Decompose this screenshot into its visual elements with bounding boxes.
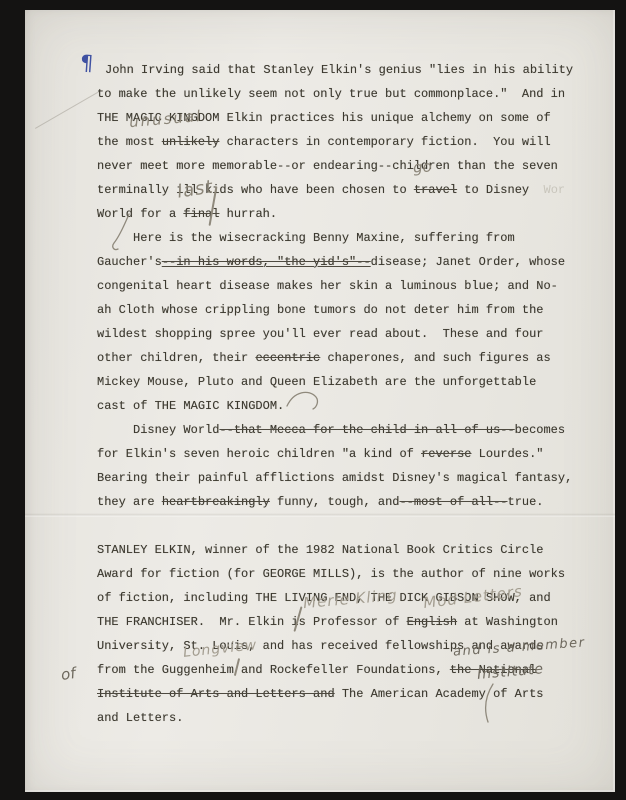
typed-line: World for a final hurrah. <box>97 202 573 226</box>
typed-text-block: John Irving said that Stanley Elkin's ge… <box>97 58 573 730</box>
struck-text: heartbreakingly <box>162 495 270 509</box>
insertion-caret-mark <box>481 682 497 726</box>
typed-text: they are <box>97 495 162 509</box>
typed-line: Gaucher's--in his words, "the yid's"--di… <box>97 250 573 274</box>
typed-line: Institute of Arts and Letters and The Am… <box>97 682 573 706</box>
struck-text: eccentric <box>255 351 320 365</box>
typed-text: Here is the wisecracking Benny Maxine, s… <box>97 231 515 245</box>
typed-text: congenital heart disease makes her skin … <box>97 279 558 293</box>
typed-line: they are heartbreakingly funny, tough, a… <box>97 490 573 514</box>
typed-text: Gaucher's <box>97 255 162 269</box>
typed-line: to make the unlikely seem not only true … <box>97 82 573 106</box>
typed-text: hurrah. <box>219 207 277 221</box>
struck-text: travel <box>414 183 457 197</box>
struck-text: final <box>183 207 219 221</box>
struck-text: English <box>407 615 457 629</box>
struck-text: Institute of Arts and Letters and <box>97 687 335 701</box>
typed-text: to make the unlikely seem not only true … <box>97 87 565 101</box>
typed-text: Bearing their painful afflictions amidst… <box>97 471 572 485</box>
indent-hook-mark <box>109 212 135 254</box>
typed-text: never meet more memorable--or endearing-… <box>97 159 558 173</box>
typed-text: and Letters. <box>97 711 183 725</box>
typed-text: STANLEY ELKIN, winner of the 1982 Nation… <box>97 543 543 557</box>
paragraph-break <box>97 514 573 538</box>
struck-text: --in his words, "the yid's"-- <box>162 255 371 269</box>
typed-text: characters in contemporary fiction. You … <box>219 135 550 149</box>
paragraph-2: Here is the wisecracking Benny Maxine, s… <box>97 226 573 418</box>
typed-text: at Washington <box>457 615 558 629</box>
typed-line: never meet more memorable--or endearing-… <box>97 154 573 178</box>
typed-text: John Irving said that Stanley Elkin's ge… <box>105 63 573 77</box>
typed-text: terminally ill kids who have been chosen… <box>97 183 414 197</box>
typed-text: THE FRANCHISER. Mr. Elkin is Professor o… <box>97 615 407 629</box>
typed-line: cast of THE MAGIC KINGDOM. <box>97 394 573 418</box>
typed-line: THE FRANCHISER. Mr. Elkin is Professor o… <box>97 610 573 634</box>
erased-text: Wor <box>529 183 565 197</box>
typed-line: other children, their eccentric chaperon… <box>97 346 573 370</box>
typed-text: Lourdes." <box>471 447 543 461</box>
typed-text: disease; Janet Order, whose <box>371 255 565 269</box>
typed-line: Here is the wisecracking Benny Maxine, s… <box>97 226 573 250</box>
typed-text: true. <box>508 495 544 509</box>
typed-line: Disney World--that Mecca for the child i… <box>97 418 573 442</box>
typed-line: STANLEY ELKIN, winner of the 1982 Nation… <box>97 538 573 562</box>
typed-text: funny, tough, and <box>270 495 400 509</box>
typed-line: and Letters. <box>97 706 573 730</box>
typed-text: the most <box>97 135 162 149</box>
handwritten-of: of <box>60 664 77 684</box>
struck-text: unlikely <box>162 135 220 149</box>
paragraph-1: John Irving said that Stanley Elkin's ge… <box>97 58 573 226</box>
typed-line: John Irving said that Stanley Elkin's ge… <box>97 58 573 82</box>
manuscript-page: John Irving said that Stanley Elkin's ge… <box>25 10 615 792</box>
typed-text: cast of THE MAGIC KINGDOM. <box>97 399 284 413</box>
scratch-mark <box>35 90 101 129</box>
pilcrow-paragraph-mark: ¶ <box>79 51 94 76</box>
paragraph-4: STANLEY ELKIN, winner of the 1982 Nation… <box>97 538 573 730</box>
typed-text: becomes <box>515 423 565 437</box>
paragraph-3: Disney World--that Mecca for the child i… <box>97 418 573 514</box>
typed-line: Bearing their painful afflictions amidst… <box>97 466 573 490</box>
typed-text: wildest shopping spree you'll ever read … <box>97 327 543 341</box>
struck-text: --that Mecca for the child in all of us-… <box>219 423 514 437</box>
typed-line: for Elkin's seven heroic children "a kin… <box>97 442 573 466</box>
typed-line: Award for fiction (for GEORGE MILLS), is… <box>97 562 573 586</box>
typed-line: Mickey Mouse, Pluto and Queen Elizabeth … <box>97 370 573 394</box>
typed-text: Award for fiction (for GEORGE MILLS), is… <box>97 567 565 581</box>
typed-text: Disney World <box>97 423 219 437</box>
typed-text: from the Guggenheim and Rockefeller Foun… <box>97 663 450 677</box>
typed-text: chaperones, and such figures as <box>320 351 550 365</box>
typed-text: to Disney <box>457 183 529 197</box>
struck-text: --most of all-- <box>399 495 507 509</box>
run-on-mark <box>285 386 321 412</box>
typed-line: the most unlikely characters in contempo… <box>97 130 573 154</box>
struck-text: reverse <box>421 447 471 461</box>
typed-text: for Elkin's seven heroic children "a kin… <box>97 447 421 461</box>
handwritten-go: go <box>412 157 432 176</box>
typed-line: congenital heart disease makes her skin … <box>97 274 573 298</box>
typed-line: terminally ill kids who have been chosen… <box>97 178 573 202</box>
typed-text: ah Cloth whose crippling bone tumors do … <box>97 303 543 317</box>
typed-line: wildest shopping spree you'll ever read … <box>97 322 573 346</box>
typed-line: ah Cloth whose crippling bone tumors do … <box>97 298 573 322</box>
typed-text: The American Academy of Arts <box>335 687 544 701</box>
typed-text: other children, their <box>97 351 255 365</box>
